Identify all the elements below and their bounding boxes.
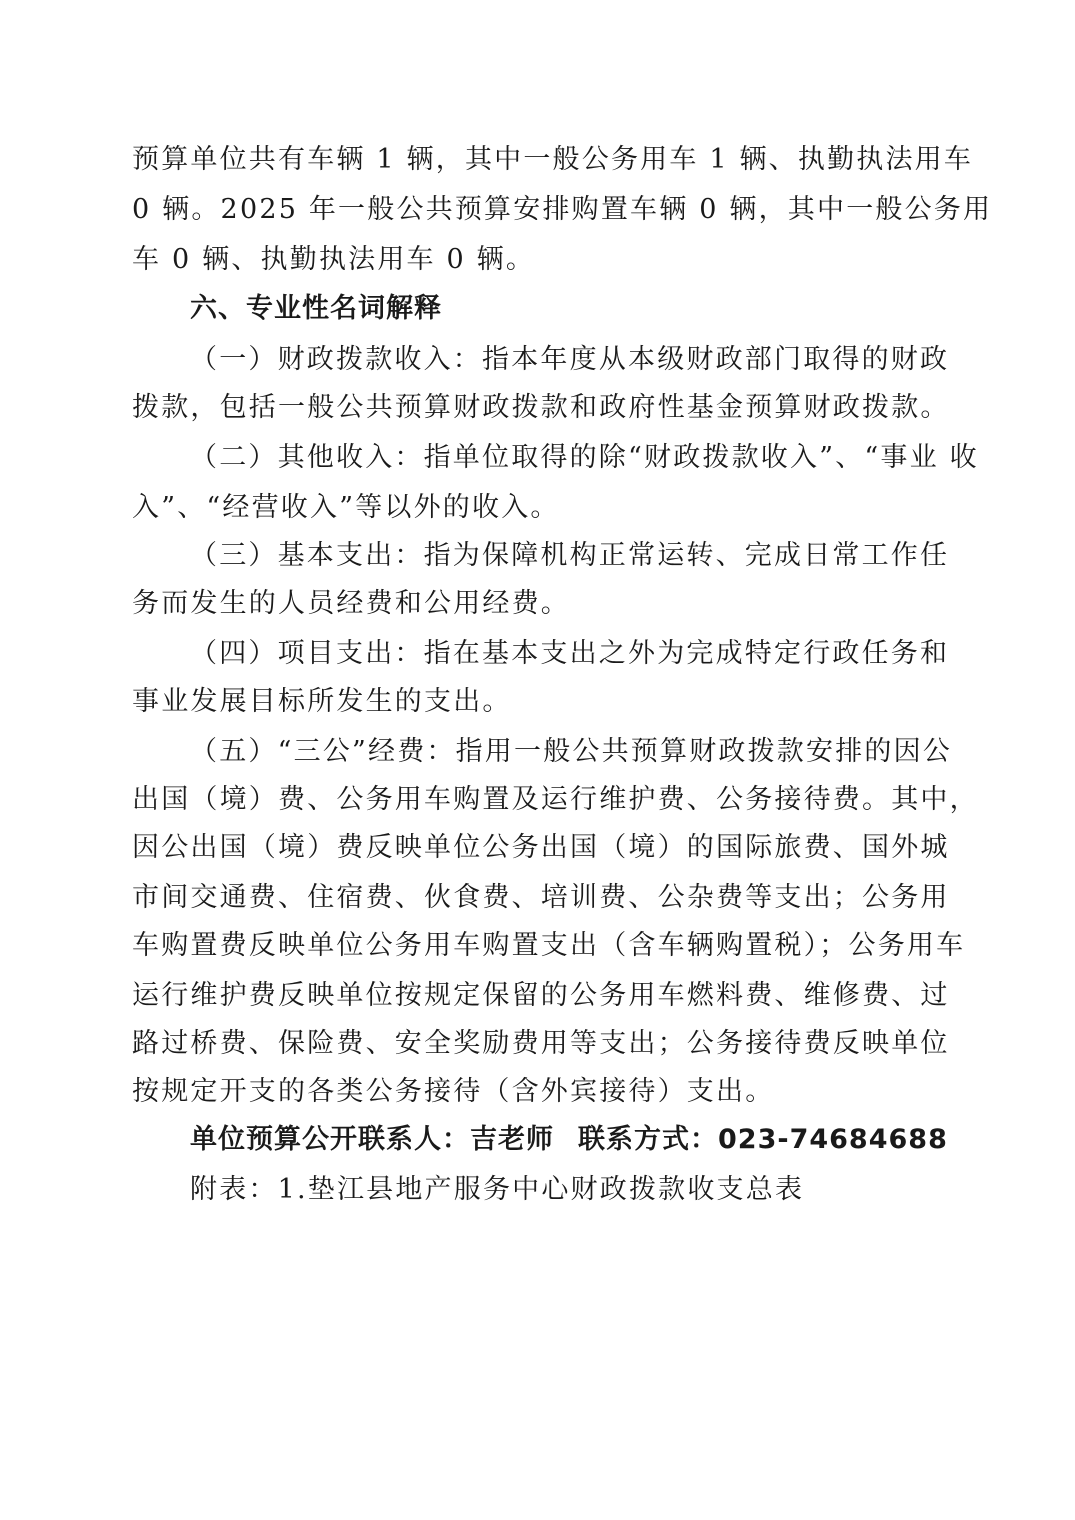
definition-line: 务而发生的人员经费和公用经费。 (132, 587, 944, 621)
paragraph-line: 预算单位共有车辆 1 辆，其中一般公务用车 1 辆、执勤执法用车 (132, 143, 944, 177)
definition-line: （五）“三公”经费：指用一般公共预算财政拨款安排的因公 (190, 735, 944, 769)
contact-line: 单位预算公开联系人：吉老师联系方式：023-74684688 (190, 1123, 944, 1157)
definition-line: 拨款，包括一般公共预算财政拨款和政府性基金预算财政拨款。 (132, 391, 944, 425)
definition-line: （一）财政拨款收入：指本年度从本级财政部门取得的财政 (190, 343, 944, 377)
definition-line: 因公出国（境）费反映单位公务出国（境）的国际旅费、国外城 (132, 831, 944, 865)
definition-line: 车购置费反映单位公务用车购置支出（含车辆购置税）；公务用车 (132, 929, 944, 963)
paragraph-line: 车 0 辆、执勤执法用车 0 辆。 (132, 243, 944, 277)
definition-line: 入”、“经营收入”等以外的收入。 (132, 491, 944, 525)
definition-line: 路过桥费、保险费、安全奖励费用等支出；公务接待费反映单位 (132, 1027, 944, 1061)
definition-line: 事业发展目标所发生的支出。 (132, 685, 944, 719)
definition-line: 市间交通费、住宿费、伙食费、培训费、公杂费等支出；公务用 (132, 881, 944, 915)
attachment-line: 附表：1.垫江县地产服务中心财政拨款收支总表 (190, 1173, 944, 1207)
definition-line: 按规定开支的各类公务接待（含外宾接待）支出。 (132, 1075, 944, 1109)
definition-line: （四）项目支出：指在基本支出之外为完成特定行政任务和 (190, 637, 944, 671)
definition-line: （二）其他收入：指单位取得的除“财政拨款收入”、“事业 收 (190, 441, 944, 475)
paragraph-line: 0 辆。2025 年一般公共预算安排购置车辆 0 辆，其中一般公务用 (132, 193, 944, 227)
contact-phone: 联系方式：023-74684688 (578, 1124, 948, 1155)
definition-line: （三）基本支出：指为保障机构正常运转、完成日常工作任 (190, 539, 944, 573)
document-page: 预算单位共有车辆 1 辆，其中一般公务用车 1 辆、执勤执法用车 0 辆。202… (0, 0, 1075, 1520)
section-heading: 六、专业性名词解释 (190, 292, 944, 326)
definition-line: 出国（境）费、公务用车购置及运行维护费、公务接待费。其中， (132, 783, 944, 817)
contact-person: 单位预算公开联系人：吉老师 (190, 1124, 554, 1155)
definition-line: 运行维护费反映单位按规定保留的公务用车燃料费、维修费、过 (132, 979, 944, 1013)
